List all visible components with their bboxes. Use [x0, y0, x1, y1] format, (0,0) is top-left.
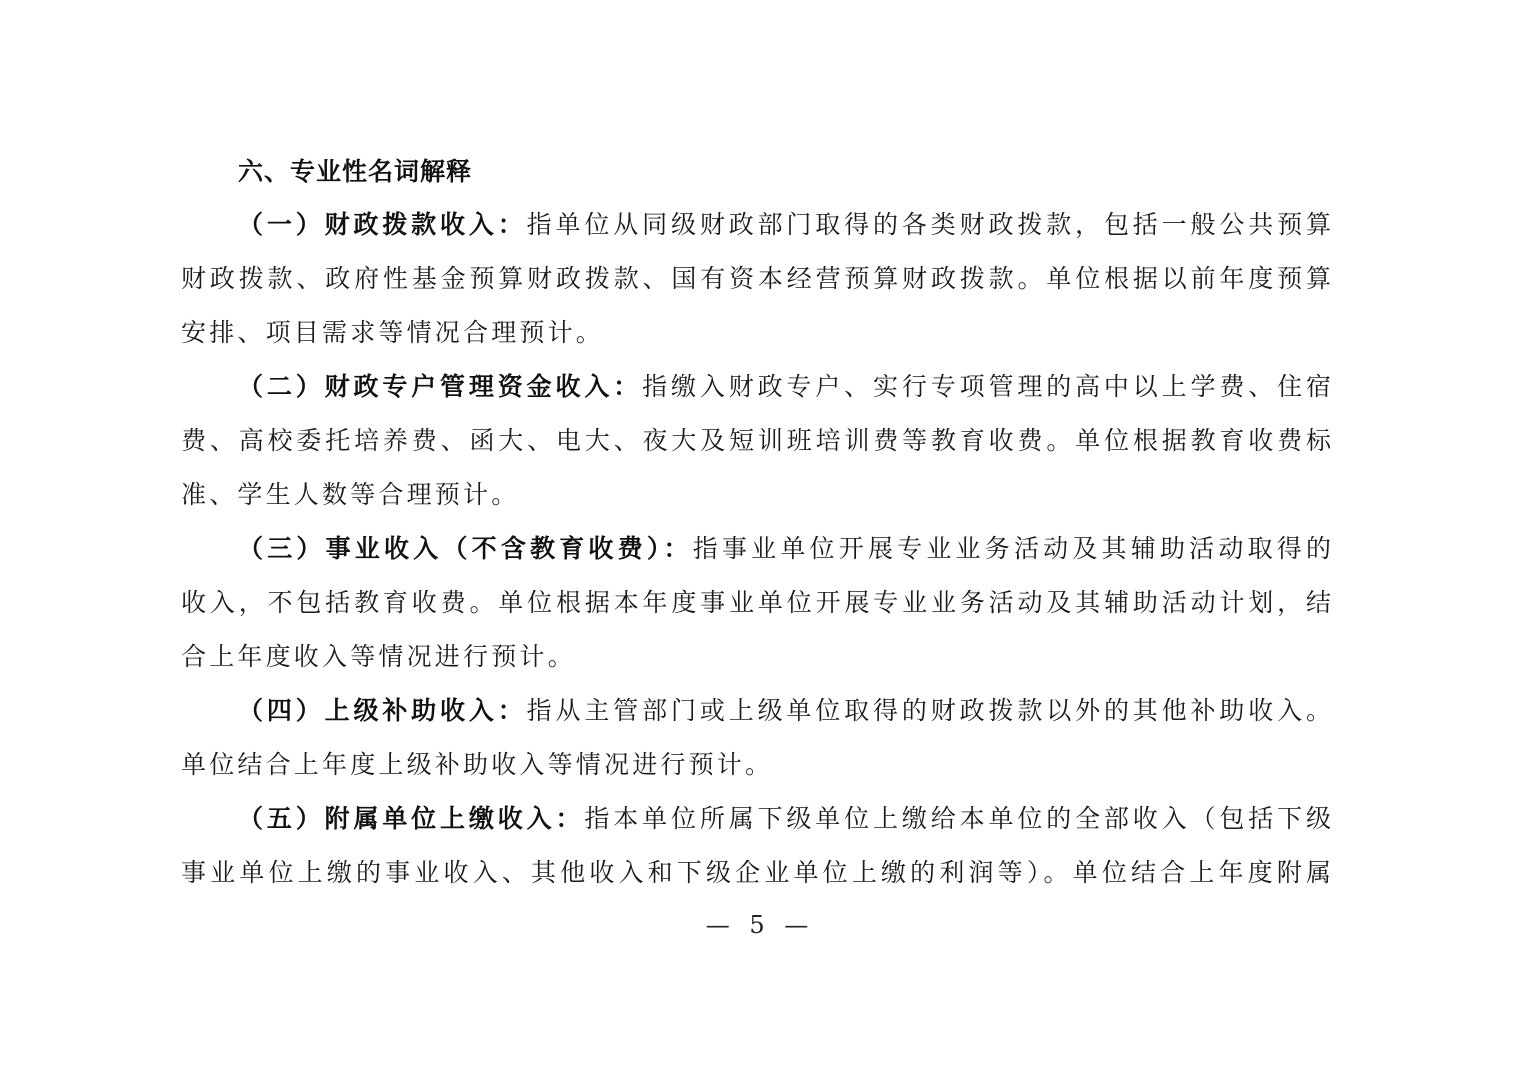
paragraph-text: 指单位从同级财政部门取得的各类财政拨款，包括一般公共预算: [527, 210, 1331, 239]
paragraph-2-line-2: 费、高校委托培养费、函大、电大、夜大及短训班培训费等教育收费。单位根据教育收费标: [181, 414, 1331, 468]
paragraph-3-line-2: 收入，不包括教育收费。单位根据本年度事业单位开展专业业务活动及其辅助活动计划，结: [181, 576, 1331, 630]
term-label: （二）财政专户管理资金收入：: [238, 372, 642, 401]
paragraph-5-line-2: 事业单位上缴的事业收入、其他收入和下级企业单位上缴的利润等）。单位结合上年度附属: [181, 846, 1331, 900]
paragraph-2-line-1: （二）财政专户管理资金收入：指缴入财政专户、实行专项管理的高中以上学费、住宿: [238, 360, 1331, 414]
term-label: （一）财政拨款收入：: [238, 210, 527, 239]
paragraph-2-line-3: 准、学生人数等合理预计。: [181, 468, 1331, 522]
term-label: （三）事业收入（不含教育收费）：: [238, 534, 693, 563]
paragraph-4-line-2: 单位结合上年度上级补助收入等情况进行预计。: [181, 738, 1331, 792]
document-page: 六、专业性名词解释 （一）财政拨款收入：指单位从同级财政部门取得的各类财政拨款，…: [0, 0, 1520, 1074]
page-number: — 5 —: [0, 900, 1520, 950]
paragraph-text: 指本单位所属下级单位上缴给本单位的全部收入（包括下级: [584, 804, 1331, 833]
paragraph-text: 指事业单位开展专业业务活动及其辅助活动取得的: [693, 534, 1331, 563]
paragraph-4-line-1: （四）上级补助收入：指从主管部门或上级单位取得的财政拨款以外的其他补助收入。: [238, 684, 1331, 738]
term-label: （五）附属单位上缴收入：: [238, 804, 584, 833]
paragraph-3-line-3: 合上年度收入等情况进行预计。: [181, 630, 1331, 684]
paragraph-1-line-1: （一）财政拨款收入：指单位从同级财政部门取得的各类财政拨款，包括一般公共预算: [238, 198, 1331, 252]
paragraph-3-line-1: （三）事业收入（不含教育收费）：指事业单位开展专业业务活动及其辅助活动取得的: [238, 522, 1331, 576]
paragraph-1-line-2: 财政拨款、政府性基金预算财政拨款、国有资本经营预算财政拨款。单位根据以前年度预算: [181, 252, 1331, 306]
paragraph-1-line-3: 安排、项目需求等情况合理预计。: [181, 306, 1331, 360]
paragraph-text: 指缴入财政专户、实行专项管理的高中以上学费、住宿: [642, 372, 1331, 401]
section-heading: 六、专业性名词解释: [238, 145, 472, 199]
paragraph-5-line-1: （五）附属单位上缴收入：指本单位所属下级单位上缴给本单位的全部收入（包括下级: [238, 792, 1331, 846]
paragraph-text: 指从主管部门或上级单位取得的财政拨款以外的其他补助收入。: [527, 696, 1331, 725]
term-label: （四）上级补助收入：: [238, 696, 527, 725]
